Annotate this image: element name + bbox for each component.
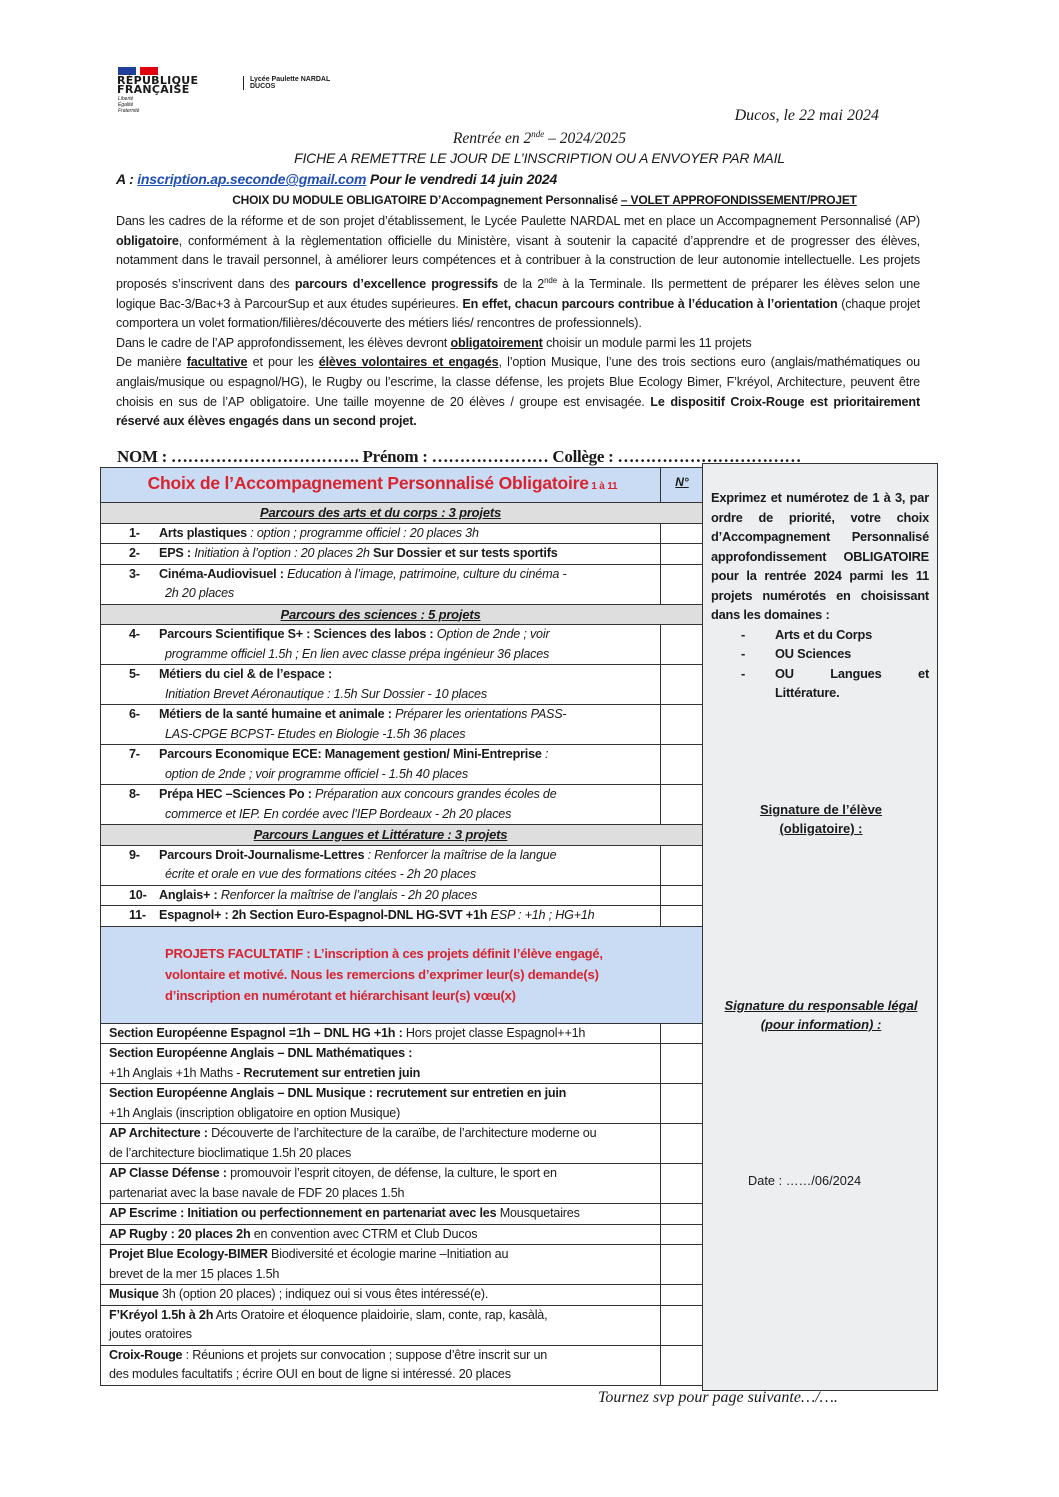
line-2: option de 2nde ; voir programme officiel… — [101, 765, 654, 785]
line-2: écrite et orale en vue des formations ci… — [101, 865, 654, 885]
optional-project-row: Section Européenne Espagnol =1h – DNL HG… — [101, 1024, 703, 1045]
project-row: 10-Anglais+ : Renforcer la maîtrise de l… — [101, 886, 703, 907]
table-header: Choix de l’Accompagnement Personnalisé O… — [101, 468, 703, 503]
project-name: Prépa HEC –Sciences Po : — [159, 787, 312, 801]
fiche-instruction: FICHE A REMETTRE LE JOUR DE L’INSCRIPTIO… — [0, 150, 1059, 166]
option-name: Section Européenne Anglais – DNL Musique… — [109, 1086, 566, 1100]
empty-cell — [660, 825, 703, 845]
project-details: Préparer les orientations PASS- — [392, 707, 567, 721]
optional-description: Projet Blue Ecology-BIMER Biodiversité e… — [101, 1245, 660, 1284]
line-text: Métiers du ciel & de l’espace : — [159, 665, 332, 685]
t: des modules facultatifs ; écrire OUI en … — [109, 1367, 511, 1381]
line-text: Parcours Economique ECE: Management gest… — [159, 745, 548, 765]
line-1: 10-Anglais+ : Renforcer la maîtrise de l… — [101, 886, 654, 906]
option-name: Section Européenne Anglais – DNL Mathéma… — [109, 1046, 412, 1060]
project-description: 9-Parcours Droit-Journalisme-Lettres : R… — [101, 846, 660, 885]
priority-number-cell[interactable] — [660, 906, 703, 926]
optional-project-row: AP Classe Défense : promouvoir l’esprit … — [101, 1164, 703, 1204]
domain-item: OU Langues et Littérature. — [711, 664, 929, 703]
choice-cell[interactable] — [660, 1044, 703, 1083]
option-details: : Réunions et projets sur convocation ; … — [182, 1348, 547, 1362]
rentree-sup: nde — [531, 129, 544, 139]
priority-number-cell[interactable] — [660, 625, 703, 664]
line-1: F’Kréyol 1.5h à 2h Arts Oratoire et éloq… — [109, 1306, 654, 1326]
line-text: Métiers de la santé humaine et animale :… — [159, 705, 566, 725]
t: (pour information) : — [703, 1015, 939, 1034]
project-number: 9- — [101, 846, 159, 866]
project-name: Parcours Droit-Journalisme-Lettres — [159, 848, 364, 862]
project-number: 5- — [101, 665, 159, 685]
banner-text: PROJETS FACULTATIF : L’inscription à ces… — [101, 943, 703, 1006]
t: Dans le cadre de l’AP approfondissement,… — [116, 336, 451, 350]
optional-project-row: AP Rugby : 20 places 2h en convention av… — [101, 1225, 703, 1246]
line-1: 6-Métiers de la santé humaine et animale… — [101, 705, 654, 725]
empty-cell — [660, 605, 703, 625]
t: brevet de la mer 15 places 1.5h — [109, 1267, 279, 1281]
option-name: Projet Blue Ecology-BIMER — [109, 1247, 268, 1261]
line-1: 4-Parcours Scientifique S+ : Sciences de… — [101, 625, 654, 645]
to-label: A : — [116, 171, 137, 187]
optional-project-row: Croix-Rouge : Réunions et projets sur co… — [101, 1346, 703, 1386]
intro-paragraph-1: Dans les cadres de la réforme et de son … — [116, 212, 920, 334]
line-1: 2-EPS : Initiation à l’option : 20 place… — [101, 544, 654, 564]
project-description: 11-Espagnol+ : 2h Section Euro-Espagnol-… — [101, 906, 660, 926]
project-details: Education à l’image, patrimoine, culture… — [284, 567, 567, 581]
choice-cell[interactable] — [660, 1024, 703, 1044]
module-title-plain: CHOIX DU MODULE OBLIGATOIRE D’Accompagne… — [232, 193, 621, 207]
option-name: AP Classe Défense : — [109, 1166, 227, 1180]
project-number: 11- — [101, 906, 159, 926]
project-row: 5-Métiers du ciel & de l’espace :Initiat… — [101, 665, 703, 705]
line-1: 7-Parcours Economique ECE: Management ge… — [101, 745, 654, 765]
line-1: AP Rugby : 20 places 2h en convention av… — [109, 1225, 654, 1245]
option-details: 3h (option 20 places) ; indiquez oui si … — [159, 1287, 489, 1301]
optional-project-row: AP Escrime : Initiation ou perfectionnem… — [101, 1204, 703, 1225]
option-details: Découverte de l’architecture de la caraï… — [208, 1126, 597, 1140]
section-row: Parcours Langues et Littérature : 3 proj… — [101, 825, 703, 846]
choice-cell[interactable] — [660, 1225, 703, 1245]
project-row: 8-Prépa HEC –Sciences Po : Préparation a… — [101, 785, 703, 825]
choice-cell[interactable] — [660, 1164, 703, 1203]
option-details: Biodiversité et écologie marine –Initiat… — [268, 1247, 509, 1261]
line-1: 1-Arts plastiques : option ; programme o… — [101, 524, 654, 544]
line-2: +1h Anglais +1h Maths - Recrutement sur … — [109, 1064, 654, 1084]
line-2: brevet de la mer 15 places 1.5h — [109, 1265, 654, 1285]
line-text: EPS : Initiation à l’option : 20 places … — [159, 544, 558, 564]
logo-motto: Liberté Égalité Fraternité — [118, 96, 139, 114]
optional-description: Section Européenne Espagnol =1h – DNL HG… — [101, 1024, 660, 1044]
project-details: : Renforcer la maîtrise de la langue — [364, 848, 556, 862]
optional-project-row: F’Kréyol 1.5h à 2h Arts Oratoire et éloq… — [101, 1306, 703, 1346]
t: 1 à 11 — [589, 481, 618, 492]
line-1: Projet Blue Ecology-BIMER Biodiversité e… — [109, 1245, 654, 1265]
priority-number-cell[interactable] — [660, 524, 703, 544]
line-2: commerce et IEP. En cordée avec l’IEP Bo… — [101, 805, 654, 825]
project-row: 4-Parcours Scientifique S+ : Sciences de… — [101, 625, 703, 665]
line-1: 5-Métiers du ciel & de l’espace : — [101, 665, 654, 685]
instructions-box: Exprimez et numérotez de 1 à 3, par ordr… — [702, 463, 938, 1391]
table-title: Choix de l’Accompagnement Personnalisé O… — [101, 468, 660, 502]
line-1: 8-Prépa HEC –Sciences Po : Préparation a… — [101, 785, 654, 805]
project-number: 1- — [101, 524, 159, 544]
priority-number-cell[interactable] — [660, 705, 703, 744]
t: élèves volontaires et engagés — [319, 355, 499, 369]
choice-cell[interactable] — [660, 1084, 703, 1123]
project-row: 2-EPS : Initiation à l’option : 20 place… — [101, 544, 703, 565]
project-details: Option de 2nde ; voir — [433, 627, 549, 641]
project-details: Initiation à l’option : 20 places 2h — [191, 546, 373, 560]
choice-cell[interactable] — [660, 1204, 703, 1224]
project-details: : — [542, 747, 549, 761]
project-row: 7-Parcours Economique ECE: Management ge… — [101, 745, 703, 785]
project-description: 1-Arts plastiques : option ; programme o… — [101, 524, 660, 544]
option-name: AP Architecture : — [109, 1126, 208, 1140]
priority-number-cell[interactable] — [660, 785, 703, 824]
project-name: Parcours Economique ECE: Management gest… — [159, 747, 542, 761]
optional-description: AP Escrime : Initiation ou perfectionnem… — [101, 1204, 660, 1224]
choice-cell[interactable] — [660, 1245, 703, 1284]
intro-text: Dans les cadres de la réforme et de son … — [116, 212, 920, 432]
t: de la 2 — [498, 277, 544, 291]
project-description: 8-Prépa HEC –Sciences Po : Préparation a… — [101, 785, 660, 824]
line-2: Initiation Brevet Aéronautique : 1.5h Su… — [101, 685, 654, 705]
section-title: Parcours des arts et du corps : 3 projet… — [101, 503, 660, 523]
project-name: Espagnol+ : 2h Section Euro-Espagnol-DNL… — [159, 908, 487, 922]
t: obligatoire — [116, 234, 179, 248]
send-to-line: A : inscription.ap.seconde@gmail.com Pou… — [116, 171, 557, 187]
optional-project-row: Section Européenne Anglais – DNL Mathéma… — [101, 1044, 703, 1084]
project-name: Anglais+ : — [159, 888, 218, 902]
line-text: Prépa HEC –Sciences Po : Préparation aux… — [159, 785, 557, 805]
side-instructions: Exprimez et numérotez de 1 à 3, par ordr… — [711, 488, 929, 703]
t: choisir un module parmi les 11 projets — [543, 336, 752, 350]
optional-description: Section Européenne Anglais – DNL Musique… — [101, 1084, 660, 1123]
project-number: 6- — [101, 705, 159, 725]
priority-number-cell[interactable] — [660, 886, 703, 906]
option-details: Arts Oratoire et éloquence plaidoirie, s… — [213, 1308, 547, 1322]
project-description: 6-Métiers de la santé humaine et animale… — [101, 705, 660, 744]
project-name: Arts plastiques — [159, 526, 247, 540]
priority-number-cell[interactable] — [660, 745, 703, 784]
t: de l’architecture bioclimatique 1.5h 20 … — [109, 1146, 351, 1160]
project-description: 5-Métiers du ciel & de l’espace :Initiat… — [101, 665, 660, 704]
guardian-signature-field[interactable]: Signature du responsable légal (pour inf… — [703, 996, 939, 1034]
t: +1h Anglais +1h Maths - — [109, 1066, 244, 1080]
t: Recrutement sur entretien juin — [244, 1066, 421, 1080]
t: joutes oratoires — [109, 1327, 192, 1341]
logo-line-2: FRANÇAISE — [117, 85, 198, 94]
t: partenariat avec la base navale de FDF 2… — [109, 1186, 404, 1200]
line-1: Section Européenne Espagnol =1h – DNL HG… — [109, 1024, 654, 1044]
option-details: en convention avec CTRM et Club Ducos — [250, 1227, 477, 1241]
line-2: +1h Anglais (inscription obligatoire en … — [109, 1104, 654, 1124]
line-1: AP Architecture : Découverte de l’archit… — [109, 1124, 654, 1144]
domain-item: OU Sciences — [711, 644, 929, 664]
optional-project-row: Projet Blue Ecology-BIMER Biodiversité e… — [101, 1245, 703, 1285]
section-row: Parcours des arts et du corps : 3 projet… — [101, 503, 703, 524]
line-text: Parcours Scientifique S+ : Sciences des … — [159, 625, 549, 645]
rentree-suffix: – 2024/2025 — [544, 130, 626, 147]
module-title-underlined: – VOLET APPROFONDISSEMENT/PROJET — [621, 193, 857, 207]
optional-project-row: Musique 3h (option 20 places) ; indiquez… — [101, 1285, 703, 1306]
ap-choice-table: Choix de l’Accompagnement Personnalisé O… — [100, 467, 704, 1386]
project-details: : option ; programme officiel : 20 place… — [247, 526, 479, 540]
option-name: Musique — [109, 1287, 159, 1301]
project-name: EPS : — [159, 546, 191, 560]
option-name: Section Européenne Espagnol =1h – DNL HG… — [109, 1026, 403, 1040]
t: Signature de l’élève — [703, 800, 939, 819]
t: (obligatoire) : — [703, 819, 939, 838]
t: facultative — [187, 355, 248, 369]
optional-project-row: AP Architecture : Découverte de l’archit… — [101, 1124, 703, 1164]
line-1: 9-Parcours Droit-Journalisme-Lettres : R… — [101, 846, 654, 866]
domains-list: Arts et du Corps OU Sciences OU Langues … — [711, 625, 929, 703]
intro-paragraph-2: Dans le cadre de l’AP approfondissement,… — [116, 334, 920, 354]
republique-francaise-logo: RÉPUBLIQUE FRANÇAISE — [117, 76, 198, 94]
optional-description: F’Kréyol 1.5h à 2h Arts Oratoire et éloq… — [101, 1306, 660, 1345]
t: Dans les cadres de la réforme et de son … — [116, 214, 920, 228]
option-details: promouvoir l’esprit citoyen, de défense,… — [227, 1166, 557, 1180]
line-1: AP Escrime : Initiation ou perfectionnem… — [109, 1204, 654, 1224]
project-number: 3- — [101, 565, 159, 585]
choice-cell[interactable] — [660, 1285, 703, 1305]
option-name: Croix-Rouge — [109, 1348, 182, 1362]
project-row: 3-Cinéma-Audiovisuel : Education à l’ima… — [101, 565, 703, 605]
priority-number-cell[interactable] — [660, 565, 703, 604]
section-title: Parcours des sciences : 5 projets — [101, 605, 660, 625]
project-name: Parcours Scientifique S+ : Sciences des … — [159, 627, 433, 641]
option-name: AP Escrime : Initiation ou perfectionnem… — [109, 1206, 496, 1220]
rentree-prefix: Rentrée en 2 — [453, 130, 531, 147]
project-description: 10-Anglais+ : Renforcer la maîtrise de l… — [101, 886, 660, 906]
choice-cell[interactable] — [660, 1346, 703, 1385]
t: De manière — [116, 355, 187, 369]
project-name: Métiers de la santé humaine et animale : — [159, 707, 392, 721]
line-2: programme officiel 1.5h ; En lien avec c… — [101, 645, 654, 665]
t: obligatoirement — [451, 336, 543, 350]
project-description: 2-EPS : Initiation à l’option : 20 place… — [101, 544, 660, 564]
option-name: F’Kréyol 1.5h à 2h — [109, 1308, 213, 1322]
deadline: Pour le vendredi 14 juin 2024 — [366, 171, 557, 187]
module-title: CHOIX DU MODULE OBLIGATOIRE D’Accompagne… — [0, 193, 1059, 207]
option-details: Mousquetaires — [496, 1206, 579, 1220]
t: et pour les — [247, 355, 318, 369]
line-2: joutes oratoires — [109, 1325, 654, 1345]
turn-page-note: Tournez svp pour page suivante…/…. — [598, 1389, 838, 1407]
line-text: Arts plastiques : option ; programme off… — [159, 524, 479, 544]
option-name: AP Rugby : 20 places 2h — [109, 1227, 250, 1241]
rentree-title: Rentrée en 2nde – 2024/2025 — [0, 129, 1059, 148]
student-signature-field[interactable]: Signature de l’élève (obligatoire) : — [703, 800, 939, 838]
project-details: Préparation aux concours grandes écoles … — [312, 787, 557, 801]
line-1: 11-Espagnol+ : 2h Section Euro-Espagnol-… — [101, 906, 654, 926]
optional-description: Musique 3h (option 20 places) ; indiquez… — [101, 1285, 660, 1305]
project-details: Renforcer la maîtrise de l’anglais - 2h … — [218, 888, 478, 902]
line-text: Cinéma-Audiovisuel : Education à l’image… — [159, 565, 566, 585]
empty-cell — [660, 503, 703, 523]
project-row: 11-Espagnol+ : 2h Section Euro-Espagnol-… — [101, 906, 703, 927]
optional-description: Section Européenne Anglais – DNL Mathéma… — [101, 1044, 660, 1083]
line-2: LAS-CPGE BCPST- Etudes en Biologie -1.5h… — [101, 725, 654, 745]
email-link[interactable]: inscription.ap.seconde@gmail.com — [137, 171, 366, 187]
t: +1h Anglais (inscription obligatoire en … — [109, 1106, 400, 1120]
project-row: 6-Métiers de la santé humaine et animale… — [101, 705, 703, 745]
line-1: Section Européenne Anglais – DNL Mathéma… — [109, 1044, 654, 1064]
project-description: 3-Cinéma-Audiovisuel : Education à l’ima… — [101, 565, 660, 604]
motto-3: Fraternité — [118, 108, 139, 114]
line-2: de l’architecture bioclimatique 1.5h 20 … — [109, 1144, 654, 1164]
project-name: Cinéma-Audiovisuel : — [159, 567, 284, 581]
line-1: AP Classe Défense : promouvoir l’esprit … — [109, 1164, 654, 1184]
t: N° — [675, 475, 688, 489]
line-1: 3-Cinéma-Audiovisuel : Education à l’ima… — [101, 565, 654, 585]
project-number: 10- — [101, 886, 159, 906]
priority-number-cell[interactable] — [660, 665, 703, 704]
priority-number-cell[interactable] — [660, 846, 703, 885]
project-number: 4- — [101, 625, 159, 645]
optional-description: AP Rugby : 20 places 2h en convention av… — [101, 1225, 660, 1245]
t: parcours d’excellence progressifs — [295, 277, 498, 291]
line-1: Croix-Rouge : Réunions et projets sur co… — [109, 1346, 654, 1366]
optional-description: Croix-Rouge : Réunions et projets sur co… — [101, 1346, 660, 1385]
option-details: Hors projet classe Espagnol++1h — [403, 1026, 586, 1040]
school-name: Lycée Paulette NARDAL DUCOS — [243, 76, 330, 90]
line-text: Anglais+ : Renforcer la maîtrise de l’an… — [159, 886, 477, 906]
project-number: 2- — [101, 544, 159, 564]
project-number: 8- — [101, 785, 159, 805]
choice-cell[interactable] — [660, 1306, 703, 1345]
line-text: Espagnol+ : 2h Section Euro-Espagnol-DNL… — [159, 906, 595, 926]
date-field[interactable]: Date : ……/06/2024 — [748, 1173, 861, 1188]
project-description: 4-Parcours Scientifique S+ : Sciences de… — [101, 625, 660, 664]
optional-description: AP Architecture : Découverte de l’archit… — [101, 1124, 660, 1163]
optional-description: AP Classe Défense : promouvoir l’esprit … — [101, 1164, 660, 1203]
optional-project-row: Section Européenne Anglais – DNL Musique… — [101, 1084, 703, 1124]
t: En effet, chacun parcours contribue à l’… — [462, 297, 837, 311]
line-2: partenariat avec la base navale de FDF 2… — [109, 1184, 654, 1204]
section-title: Parcours Langues et Littérature : 3 proj… — [101, 825, 660, 845]
identity-fields[interactable]: NOM : ……………………………. Prénom : ………………… Coll… — [117, 447, 801, 467]
line-text: Parcours Droit-Journalisme-Lettres : Ren… — [159, 846, 556, 866]
project-details: ESP : +1h ; HG+1h — [487, 908, 594, 922]
line-1: Musique 3h (option 20 places) ; indiquez… — [109, 1285, 654, 1305]
project-description: 7-Parcours Economique ECE: Management ge… — [101, 745, 660, 784]
t: Signature du responsable légal — [703, 996, 939, 1015]
school-name-text: Lycée Paulette NARDAL — [250, 76, 330, 83]
project-number: 7- — [101, 745, 159, 765]
line-1: Section Européenne Anglais – DNL Musique… — [109, 1084, 654, 1104]
instructions-text: Exprimez et numérotez de 1 à 3, par ordr… — [711, 488, 929, 625]
line-2: 2h 20 places — [101, 584, 654, 604]
section-row: Parcours des sciences : 5 projets — [101, 605, 703, 626]
t: Choix de l’Accompagnement Personnalisé O… — [148, 473, 589, 493]
project-name: Métiers du ciel & de l’espace : — [159, 667, 332, 681]
project-extra: Sur Dossier et sur tests sportifs — [373, 546, 557, 560]
choice-cell[interactable] — [660, 1124, 703, 1163]
intro-paragraph-3: De manière facultative et pour les élève… — [116, 353, 920, 431]
t: nde — [544, 276, 557, 285]
document-date: Ducos, le 22 mai 2024 — [735, 107, 879, 125]
project-row: 9-Parcours Droit-Journalisme-Lettres : R… — [101, 846, 703, 886]
priority-number-cell[interactable] — [660, 544, 703, 564]
num-header: N° — [660, 468, 703, 502]
optional-projects-banner: PROJETS FACULTATIF : L’inscription à ces… — [101, 927, 703, 1024]
domain-item: Arts et du Corps — [711, 625, 929, 645]
school-city: DUCOS — [250, 83, 330, 90]
line-2: des modules facultatifs ; écrire OUI en … — [109, 1365, 654, 1385]
project-row: 1-Arts plastiques : option ; programme o… — [101, 524, 703, 545]
